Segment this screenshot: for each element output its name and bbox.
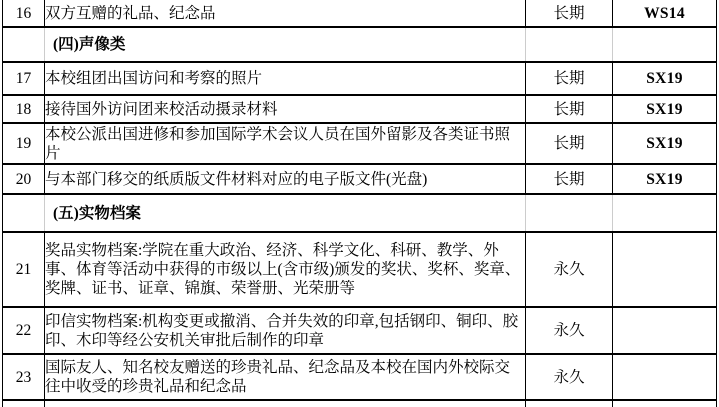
- cut-off-cell: [613, 400, 717, 407]
- retention-period: 长期: [526, 0, 613, 27]
- cut-off-cell: [45, 400, 526, 407]
- retention-cell: [526, 27, 613, 62]
- code-cell: [613, 194, 717, 232]
- item-description: 本校组团出国访问和考察的照片: [45, 62, 526, 95]
- row-number: 17: [3, 62, 45, 95]
- retention-period: 永久: [526, 232, 613, 307]
- row-number: 22: [3, 307, 45, 354]
- item-description: 印信实物档案:机构变更或撤消、合并失效的印章,包括钢印、铜印、胶印、木印等经公安…: [45, 307, 526, 354]
- item-description: 与本部门移交的纸质版文件材料对应的电子版文件(光盘): [45, 164, 526, 194]
- row-number: 20: [3, 164, 45, 194]
- section-header-row: (五)实物档案: [3, 194, 717, 232]
- item-description: 接待国外访问团来校活动摄录材料: [45, 95, 526, 123]
- archive-retention-table: 16双方互赠的礼品、纪念品长期WS14(四)声像类17本校组团出国访问和考察的照…: [2, 0, 717, 407]
- section-header-row: (四)声像类: [3, 27, 717, 62]
- retention-period: 长期: [526, 95, 613, 123]
- table-row: 16双方互赠的礼品、纪念品长期WS14: [3, 0, 717, 27]
- category-code: [613, 354, 717, 400]
- category-code: SX19: [613, 164, 717, 194]
- row-number: 19: [3, 123, 45, 164]
- archive-table-body: 16双方互赠的礼品、纪念品长期WS14(四)声像类17本校组团出国访问和考察的照…: [3, 0, 717, 407]
- code-cell: [613, 27, 717, 62]
- table-row: 22印信实物档案:机构变更或撤消、合并失效的印章,包括钢印、铜印、胶印、木印等经…: [3, 307, 717, 354]
- retention-cell: [526, 194, 613, 232]
- row-number: 16: [3, 0, 45, 27]
- document-page: 16双方互赠的礼品、纪念品长期WS14(四)声像类17本校组团出国访问和考察的照…: [0, 0, 719, 407]
- table-row: 21奖品实物档案:学院在重大政治、经济、科学文化、科研、教学、外事、体育等活动中…: [3, 232, 717, 307]
- item-description: 本校公派出国进修和参加国际学术会议人员在国外留影及各类证书照片: [45, 123, 526, 164]
- cut-off-cell: [526, 400, 613, 407]
- row-number-cell: [3, 194, 45, 232]
- item-description: 国际友人、知名校友赠送的珍贵礼品、纪念品及本校在国内外校际交往中收受的珍贵礼品和…: [45, 354, 526, 400]
- table-row: 23国际友人、知名校友赠送的珍贵礼品、纪念品及本校在国内外校际交往中收受的珍贵礼…: [3, 354, 717, 400]
- cut-off-cell: [3, 400, 45, 407]
- retention-period: 长期: [526, 123, 613, 164]
- row-number: 23: [3, 354, 45, 400]
- category-code: SX19: [613, 95, 717, 123]
- retention-period: 永久: [526, 354, 613, 400]
- category-code: [613, 232, 717, 307]
- row-number: 18: [3, 95, 45, 123]
- table-row: 20与本部门移交的纸质版文件材料对应的电子版文件(光盘)长期SX19: [3, 164, 717, 194]
- cut-off-row: [3, 400, 717, 407]
- table-row: 19本校公派出国进修和参加国际学术会议人员在国外留影及各类证书照片长期SX19: [3, 123, 717, 164]
- table-row: 17本校组团出国访问和考察的照片长期SX19: [3, 62, 717, 95]
- retention-period: 长期: [526, 164, 613, 194]
- item-description: 双方互赠的礼品、纪念品: [45, 0, 526, 27]
- category-code: WS14: [613, 0, 717, 27]
- retention-period: 永久: [526, 307, 613, 354]
- table-row: 18接待国外访问团来校活动摄录材料长期SX19: [3, 95, 717, 123]
- section-title: (四)声像类: [45, 27, 526, 62]
- row-number-cell: [3, 27, 45, 62]
- retention-period: 长期: [526, 62, 613, 95]
- category-code: SX19: [613, 123, 717, 164]
- row-number: 21: [3, 232, 45, 307]
- item-description: 奖品实物档案:学院在重大政治、经济、科学文化、科研、教学、外事、体育等活动中获得…: [45, 232, 526, 307]
- category-code: SX19: [613, 62, 717, 95]
- category-code: [613, 307, 717, 354]
- section-title: (五)实物档案: [45, 194, 526, 232]
